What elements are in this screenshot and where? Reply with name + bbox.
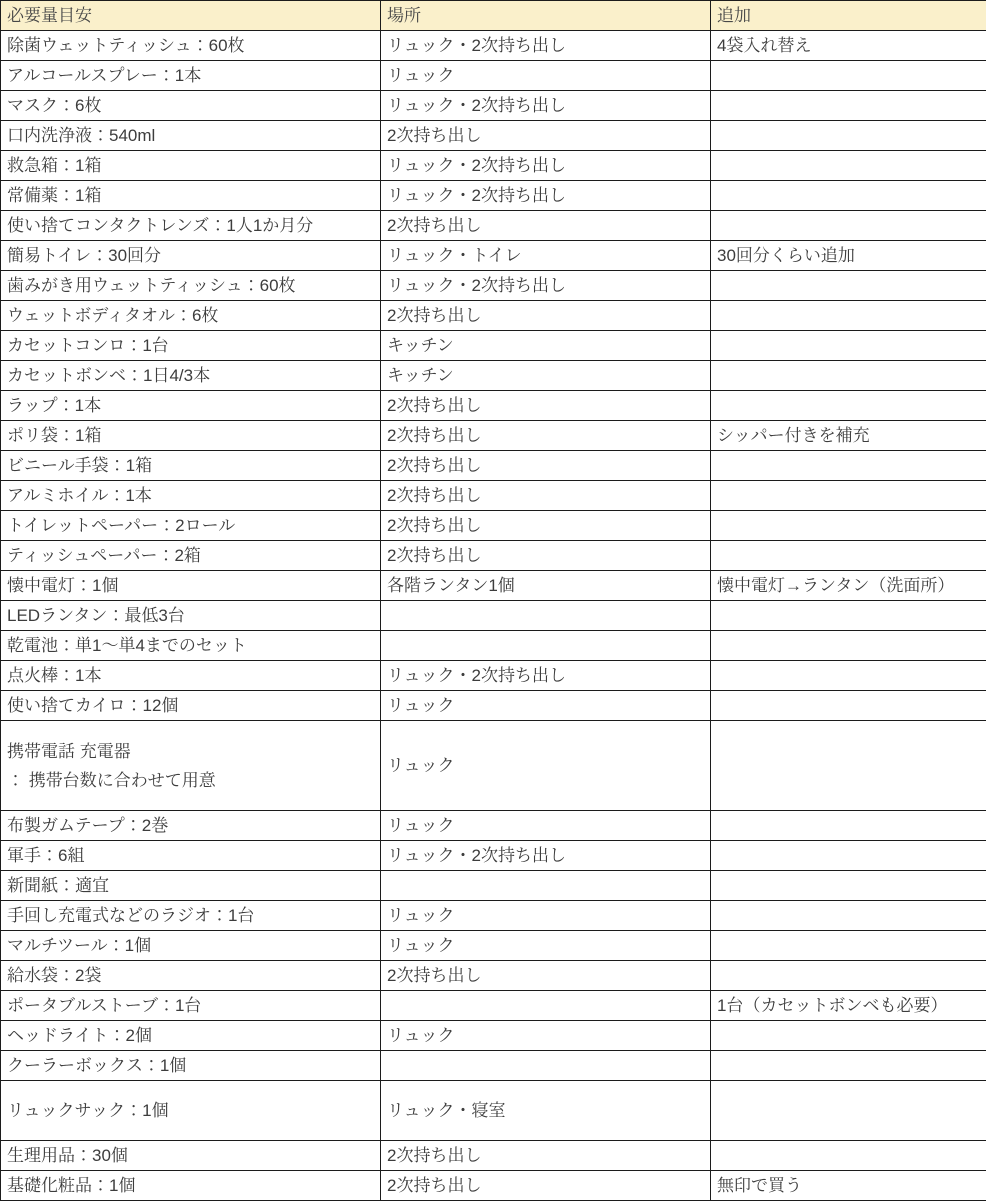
note-cell[interactable] [711,391,986,421]
note-cell[interactable] [711,661,986,691]
header-cell-addition[interactable]: 追加 [711,1,986,31]
table-row: 簡易トイレ：30回分 リュック・トイレ 30回分くらい追加 [1,241,986,271]
table-row: 常備薬：1箱 リュック・2次持ち出し [1,181,986,211]
note-cell[interactable] [711,61,986,91]
table-row: 使い捨てコンタクトレンズ：1人1か月分 2次持ち出し [1,211,986,241]
note-cell[interactable]: シッパー付きを補充 [711,421,986,451]
table-row: 給水袋：2袋 2次持ち出し [1,961,986,991]
note-cell[interactable] [711,511,986,541]
note-cell[interactable] [711,301,986,331]
note-cell[interactable] [711,181,986,211]
item-cell[interactable]: 簡易トイレ：30回分 [1,241,381,271]
note-cell[interactable] [711,931,986,961]
note-cell[interactable]: 懐中電灯→ランタン（洗面所） [711,571,986,601]
place-cell[interactable]: リュック [381,691,711,721]
place-cell[interactable]: リュック・2次持ち出し [381,151,711,181]
item-cell[interactable]: 口内洗浄液：540ml [1,121,381,151]
item-cell[interactable]: 布製ガムテープ：2巻 [1,811,381,841]
note-cell[interactable] [711,1141,986,1171]
item-cell[interactable]: アルコールスプレー：1本 [1,61,381,91]
place-cell[interactable]: 2次持ち出し [381,961,711,991]
place-cell[interactable]: リュック [381,811,711,841]
item-cell[interactable]: クーラーボックス：1個 [1,1051,381,1081]
item-cell[interactable]: マルチツール：1個 [1,931,381,961]
item-cell[interactable]: カセットボンベ：1日4/3本 [1,361,381,391]
note-cell[interactable] [711,1051,986,1081]
place-cell[interactable]: リュック・寝室 [381,1081,711,1141]
table-row: 新聞紙：適宜 [1,871,986,901]
note-cell[interactable]: 30回分くらい追加 [711,241,986,271]
item-cell[interactable]: 給水袋：2袋 [1,961,381,991]
note-cell[interactable] [711,961,986,991]
table-row: 歯みがき用ウェットティッシュ：60枚 リュック・2次持ち出し [1,271,986,301]
place-cell[interactable]: 2次持ち出し [381,451,711,481]
item-cell[interactable]: カセットコンロ：1台 [1,331,381,361]
place-cell[interactable]: リュック [381,901,711,931]
table-row: 軍手：6組 リュック・2次持ち出し [1,841,986,871]
place-cell[interactable] [381,991,711,1021]
table-row: カセットコンロ：1台 キッチン [1,331,986,361]
spreadsheet-region: 必要量目安 場所 追加 除菌ウェットティッシュ：60枚 リュック・2次持ち出し … [0,0,986,1201]
place-cell[interactable]: 2次持ち出し [381,1171,711,1201]
note-cell[interactable] [711,151,986,181]
table-header: 必要量目安 場所 追加 [1,1,986,31]
note-cell[interactable] [711,601,986,631]
table-row: 基礎化粧品：1個 2次持ち出し 無印で買う [1,1171,986,1201]
note-cell[interactable] [711,211,986,241]
item-cell[interactable]: 懐中電灯：1個 [1,571,381,601]
item-cell[interactable]: 常備薬：1箱 [1,181,381,211]
table-row: ティッシュペーパー：2箱 2次持ち出し [1,541,986,571]
note-cell[interactable] [711,271,986,301]
place-cell[interactable]: 2次持ち出し [381,121,711,151]
table-row: 生理用品：30個 2次持ち出し [1,1141,986,1171]
table-row: ラップ：1本 2次持ち出し [1,391,986,421]
place-cell[interactable] [381,631,711,661]
item-cell[interactable]: ラップ：1本 [1,391,381,421]
table-row: 布製ガムテープ：2巻 リュック [1,811,986,841]
note-cell[interactable] [711,811,986,841]
item-cell[interactable]: 手回し充電式などのラジオ：1台 [1,901,381,931]
note-cell[interactable] [711,121,986,151]
item-cell[interactable]: ビニール手袋：1箱 [1,451,381,481]
item-cell[interactable]: 乾電池：単1～単4までのセット [1,631,381,661]
place-cell[interactable]: リュック・2次持ち出し [381,841,711,871]
place-cell[interactable] [381,871,711,901]
place-cell[interactable]: 2次持ち出し [381,511,711,541]
place-cell[interactable]: 2次持ち出し [381,541,711,571]
item-cell[interactable]: 点火棒：1本 [1,661,381,691]
item-cell[interactable]: ポリ袋：1箱 [1,421,381,451]
place-cell[interactable]: 2次持ち出し [381,301,711,331]
item-cell[interactable]: ポータブルストーブ：1台 [1,991,381,1021]
header-cell-quantity[interactable]: 必要量目安 [1,1,381,31]
item-cell[interactable]: ウェットボディタオル：6枚 [1,301,381,331]
item-cell[interactable]: マスク：6枚 [1,91,381,121]
item-cell[interactable]: ヘッドライト：2個 [1,1021,381,1051]
place-cell[interactable] [381,601,711,631]
table-row: 懐中電灯：1個 各階ランタン1個 懐中電灯→ランタン（洗面所） [1,571,986,601]
note-cell[interactable] [711,451,986,481]
table-body: 除菌ウェットティッシュ：60枚 リュック・2次持ち出し 4袋入れ替え アルコール… [1,31,986,1201]
table-row: 口内洗浄液：540ml 2次持ち出し [1,121,986,151]
place-cell[interactable]: リュック [381,1021,711,1051]
item-cell[interactable]: 新聞紙：適宜 [1,871,381,901]
header-cell-place[interactable]: 場所 [381,1,711,31]
note-cell[interactable] [711,1081,986,1141]
place-cell[interactable]: リュック・2次持ち出し [381,271,711,301]
place-cell[interactable]: 2次持ち出し [381,391,711,421]
table-row: カセットボンベ：1日4/3本 キッチン [1,361,986,391]
table-row: 点火棒：1本 リュック・2次持ち出し [1,661,986,691]
note-cell[interactable] [711,541,986,571]
note-cell[interactable]: 4袋入れ替え [711,31,986,61]
place-cell[interactable]: 2次持ち出し [381,211,711,241]
table-row: マルチツール：1個 リュック [1,931,986,961]
item-cell[interactable]: 使い捨てカイロ：12個 [1,691,381,721]
table-row: アルコールスプレー：1本 リュック [1,61,986,91]
place-cell[interactable]: リュック・2次持ち出し [381,181,711,211]
item-cell[interactable]: トイレットペーパー：2ロール [1,511,381,541]
place-cell[interactable]: リュック [381,931,711,961]
note-cell[interactable] [711,631,986,661]
table-row: 乾電池：単1～単4までのセット [1,631,986,661]
note-cell[interactable] [711,841,986,871]
place-cell[interactable]: リュック [381,61,711,91]
table-row: ヘッドライト：2個 リュック [1,1021,986,1051]
place-cell[interactable] [381,1051,711,1081]
note-cell[interactable] [711,361,986,391]
place-cell[interactable]: 2次持ち出し [381,421,711,451]
item-cell[interactable]: 除菌ウェットティッシュ：60枚 [1,31,381,61]
item-cell[interactable]: 携帯電話 充電器 ： 携帯台数に合わせて用意 [1,721,381,811]
table-row: クーラーボックス：1個 [1,1051,986,1081]
item-cell[interactable]: 使い捨てコンタクトレンズ：1人1か月分 [1,211,381,241]
note-cell[interactable]: 無印で買う [711,1171,986,1201]
place-cell[interactable]: リュック・2次持ち出し [381,31,711,61]
note-cell[interactable] [711,331,986,361]
item-cell[interactable]: 救急箱：1箱 [1,151,381,181]
place-cell[interactable]: 2次持ち出し [381,481,711,511]
table-row: 使い捨てカイロ：12個 リュック [1,691,986,721]
place-cell[interactable]: リュック・2次持ち出し [381,91,711,121]
table-row: ポリ袋：1箱 2次持ち出し シッパー付きを補充 [1,421,986,451]
note-cell[interactable] [711,1021,986,1051]
place-cell[interactable]: リュック・2次持ち出し [381,661,711,691]
place-cell[interactable]: 各階ランタン1個 [381,571,711,601]
table-row: LEDランタン：最低3台 [1,601,986,631]
note-cell[interactable] [711,481,986,511]
table-row: リュックサック：1個 リュック・寝室 [1,1081,986,1141]
table-row: ポータブルストーブ：1台 1台（カセットボンベも必要） [1,991,986,1021]
table-row: トイレットペーパー：2ロール 2次持ち出し [1,511,986,541]
header-row: 必要量目安 場所 追加 [1,1,986,31]
note-cell[interactable] [711,91,986,121]
table-row: 手回し充電式などのラジオ：1台 リュック [1,901,986,931]
item-cell[interactable]: 生理用品：30個 [1,1141,381,1171]
table-row: アルミホイル：1本 2次持ち出し [1,481,986,511]
place-cell[interactable]: リュック [381,721,711,811]
item-cell[interactable]: 軍手：6組 [1,841,381,871]
table-row: マスク：6枚 リュック・2次持ち出し [1,91,986,121]
table-row: 携帯電話 充電器 ： 携帯台数に合わせて用意 リュック [1,721,986,811]
note-cell[interactable]: 1台（カセットボンベも必要） [711,991,986,1021]
item-cell[interactable]: アルミホイル：1本 [1,481,381,511]
note-cell[interactable] [711,691,986,721]
supplies-checklist-table: 必要量目安 場所 追加 除菌ウェットティッシュ：60枚 リュック・2次持ち出し … [0,0,986,1201]
item-cell[interactable]: 歯みがき用ウェットティッシュ：60枚 [1,271,381,301]
item-cell[interactable]: リュックサック：1個 [1,1081,381,1141]
note-cell[interactable] [711,871,986,901]
place-cell[interactable]: リュック・トイレ [381,241,711,271]
place-cell[interactable]: キッチン [381,331,711,361]
table-row: 除菌ウェットティッシュ：60枚 リュック・2次持ち出し 4袋入れ替え [1,31,986,61]
note-cell[interactable] [711,901,986,931]
note-cell[interactable] [711,721,986,811]
item-cell[interactable]: 基礎化粧品：1個 [1,1171,381,1201]
table-row: ウェットボディタオル：6枚 2次持ち出し [1,301,986,331]
place-cell[interactable]: 2次持ち出し [381,1141,711,1171]
table-row: 救急箱：1箱 リュック・2次持ち出し [1,151,986,181]
item-cell[interactable]: ティッシュペーパー：2箱 [1,541,381,571]
item-cell[interactable]: LEDランタン：最低3台 [1,601,381,631]
table-row: ビニール手袋：1箱 2次持ち出し [1,451,986,481]
place-cell[interactable]: キッチン [381,361,711,391]
